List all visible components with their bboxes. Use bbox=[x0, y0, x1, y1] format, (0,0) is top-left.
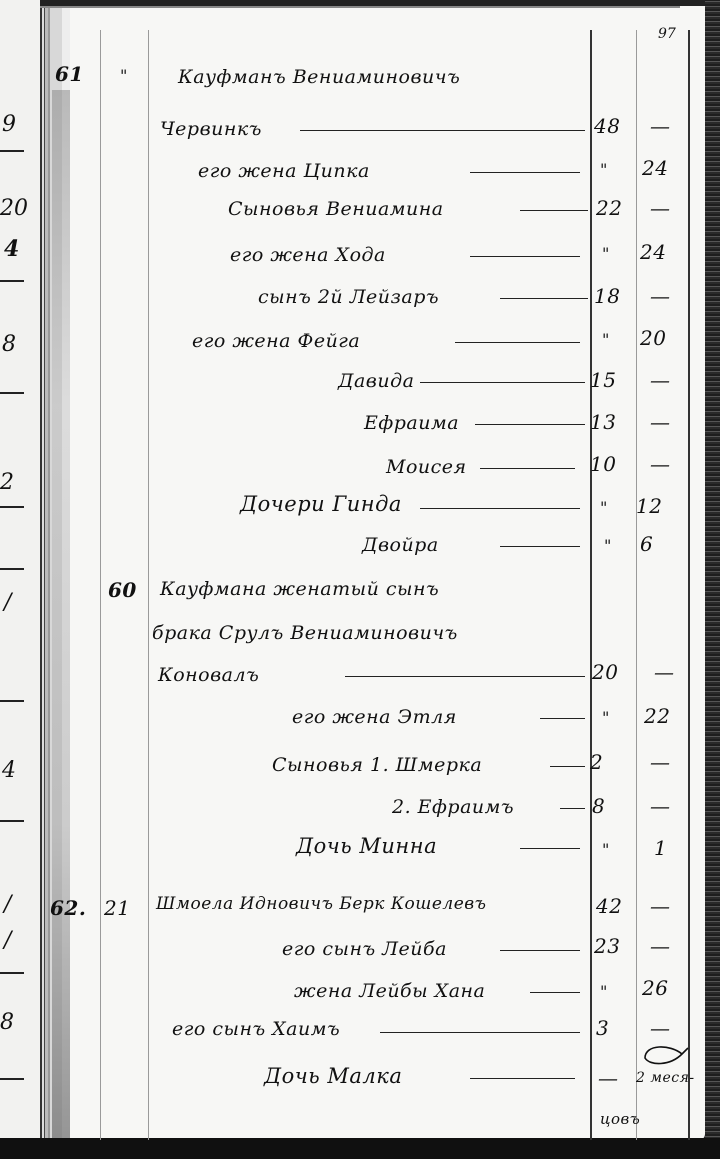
age-female: 20 bbox=[640, 326, 666, 350]
age-male: " bbox=[600, 160, 608, 179]
age-male: 18 bbox=[594, 284, 620, 308]
edge-dash bbox=[0, 506, 24, 508]
entry-line: Ефраима bbox=[364, 412, 459, 434]
entry-line: Кауфмана женатый сынъ bbox=[160, 578, 439, 600]
age-male: " bbox=[602, 330, 610, 349]
edge-dash bbox=[0, 392, 24, 394]
column-rule-male bbox=[590, 30, 592, 1140]
entry-line: Кауфманъ Вениаминовичъ bbox=[178, 66, 460, 88]
filler-line bbox=[540, 718, 585, 719]
age-female: — bbox=[650, 196, 671, 220]
entry-line: Дочь Малка bbox=[264, 1064, 402, 1088]
entry-line: его сынъ Лейба bbox=[282, 938, 447, 960]
age-male: 10 bbox=[590, 452, 616, 476]
edge-fragment: 9 bbox=[2, 112, 16, 137]
edge-fragment: / bbox=[4, 928, 11, 953]
entry-line: брака Срулъ Вениаминовичъ bbox=[152, 622, 458, 644]
edge-dash bbox=[0, 280, 24, 282]
column-rule-right bbox=[688, 30, 690, 1140]
filler-line bbox=[475, 424, 585, 425]
top-page-edge-line bbox=[40, 6, 680, 8]
filler-line bbox=[550, 766, 585, 767]
page-number: 97 bbox=[658, 26, 676, 42]
age-female: — bbox=[650, 368, 671, 392]
filler-line bbox=[500, 298, 588, 299]
entry-line: Дочь Минна bbox=[296, 834, 437, 858]
age-female: 1 bbox=[654, 836, 667, 860]
filler-line bbox=[420, 382, 585, 383]
edge-fragment: 20 bbox=[0, 196, 28, 221]
entry-line: его жена Фейга bbox=[192, 330, 360, 352]
entry-line: Сыновья Вениамина bbox=[228, 198, 444, 220]
entry-line: сынъ 2й Лейзаръ bbox=[258, 286, 439, 308]
edge-dash bbox=[0, 1078, 24, 1080]
age-female: 24 bbox=[640, 240, 666, 264]
age-female: — bbox=[650, 284, 671, 308]
age-female-continued: цовъ bbox=[600, 1110, 640, 1128]
age-male: 8 bbox=[592, 794, 605, 818]
edge-dash bbox=[0, 972, 24, 974]
age-male: " bbox=[602, 840, 610, 859]
right-background bbox=[705, 0, 720, 1159]
filler-line bbox=[455, 342, 580, 343]
age-male: 48 bbox=[594, 114, 620, 138]
age-male: " bbox=[602, 708, 610, 727]
age-female: — bbox=[650, 894, 671, 918]
age-male: 20 bbox=[592, 660, 618, 684]
entry-line: его жена Ципка bbox=[198, 160, 370, 182]
age-female: 24 bbox=[642, 156, 668, 180]
entry-line: его жена Хода bbox=[230, 244, 386, 266]
edge-fragment: 2 bbox=[0, 470, 14, 495]
column-rule-entry bbox=[100, 30, 101, 1140]
edge-dash bbox=[0, 150, 24, 152]
filler-line bbox=[470, 1078, 575, 1079]
entry-line: 2. Ефраимъ bbox=[392, 796, 514, 818]
age-male: " bbox=[600, 498, 608, 517]
entry-line: Давида bbox=[338, 370, 414, 392]
prev-number: 21 bbox=[104, 896, 130, 920]
edge-dash bbox=[0, 568, 24, 570]
age-female: — bbox=[650, 794, 671, 818]
column-rule-prev bbox=[148, 30, 149, 1140]
filler-line bbox=[500, 546, 580, 547]
filler-line bbox=[530, 992, 580, 993]
age-female: 12 bbox=[636, 494, 662, 518]
age-female: 26 bbox=[642, 976, 668, 1000]
age-female: — bbox=[650, 1016, 671, 1040]
filler-line bbox=[380, 1032, 580, 1033]
entry-line: Двойра bbox=[362, 534, 439, 556]
filler-line bbox=[470, 172, 580, 173]
edge-fragment: / bbox=[4, 892, 11, 917]
edge-fragment: 4 bbox=[2, 758, 16, 783]
filler-line bbox=[300, 130, 585, 131]
gutter-shadow bbox=[52, 90, 70, 1140]
age-male: 23 bbox=[594, 934, 620, 958]
age-male: 22 bbox=[596, 196, 622, 220]
age-female: 2 меся- bbox=[636, 1070, 695, 1086]
edge-fragment: 8 bbox=[2, 332, 16, 357]
edge-fragment: 4 bbox=[4, 236, 19, 262]
entry-number: 61 bbox=[55, 62, 84, 86]
filler-line bbox=[520, 848, 580, 849]
age-female: — bbox=[650, 410, 671, 434]
entry-line: его жена Этля bbox=[292, 706, 457, 728]
column-rule-female bbox=[636, 30, 637, 1140]
filler-line bbox=[500, 950, 580, 951]
age-male: 3 bbox=[596, 1016, 609, 1040]
age-male: 2 bbox=[590, 750, 603, 774]
filler-line bbox=[520, 210, 588, 211]
age-female: — bbox=[650, 750, 671, 774]
entry-number: 62. bbox=[50, 896, 86, 920]
age-female: 6 bbox=[640, 532, 653, 556]
filler-line bbox=[480, 468, 575, 469]
filler-line bbox=[560, 808, 585, 809]
edge-dash bbox=[0, 820, 24, 822]
previous-page-edge bbox=[0, 0, 42, 1140]
filler-line bbox=[345, 676, 585, 677]
age-female: 22 bbox=[644, 704, 670, 728]
entry-line: Сыновья 1. Шмерка bbox=[272, 754, 482, 776]
age-female: — bbox=[650, 114, 671, 138]
age-male: — bbox=[598, 1066, 619, 1090]
entry-line: жена Лейбы Хана bbox=[294, 980, 485, 1002]
age-female: — bbox=[650, 934, 671, 958]
age-male: 42 bbox=[596, 894, 622, 918]
entry-line: Коновалъ bbox=[158, 664, 259, 686]
age-female: — bbox=[654, 660, 675, 684]
age-male: 15 bbox=[590, 368, 616, 392]
flourish-mark bbox=[640, 1040, 690, 1070]
edge-fragment: 8 bbox=[0, 1010, 14, 1035]
entry-line: Шмоела Идновичъ Берк Кошелевъ bbox=[156, 894, 487, 914]
age-male: " bbox=[602, 244, 610, 263]
prev-number: 60 bbox=[108, 578, 137, 602]
entry-line: Дочери Гинда bbox=[240, 492, 402, 516]
entry-line: его сынъ Хаимъ bbox=[172, 1018, 340, 1040]
age-female: — bbox=[650, 452, 671, 476]
entry-line: Червинкъ bbox=[160, 118, 262, 140]
edge-fragment: / bbox=[4, 590, 11, 615]
prev-number: " bbox=[120, 66, 128, 85]
bottom-background bbox=[0, 1138, 720, 1159]
filler-line bbox=[470, 256, 580, 257]
edge-dash bbox=[0, 700, 24, 702]
age-male: " bbox=[604, 536, 612, 555]
age-male: " bbox=[600, 982, 608, 1001]
age-male: 13 bbox=[590, 410, 616, 434]
entry-line: Моисея bbox=[386, 456, 467, 478]
filler-line bbox=[420, 508, 580, 509]
